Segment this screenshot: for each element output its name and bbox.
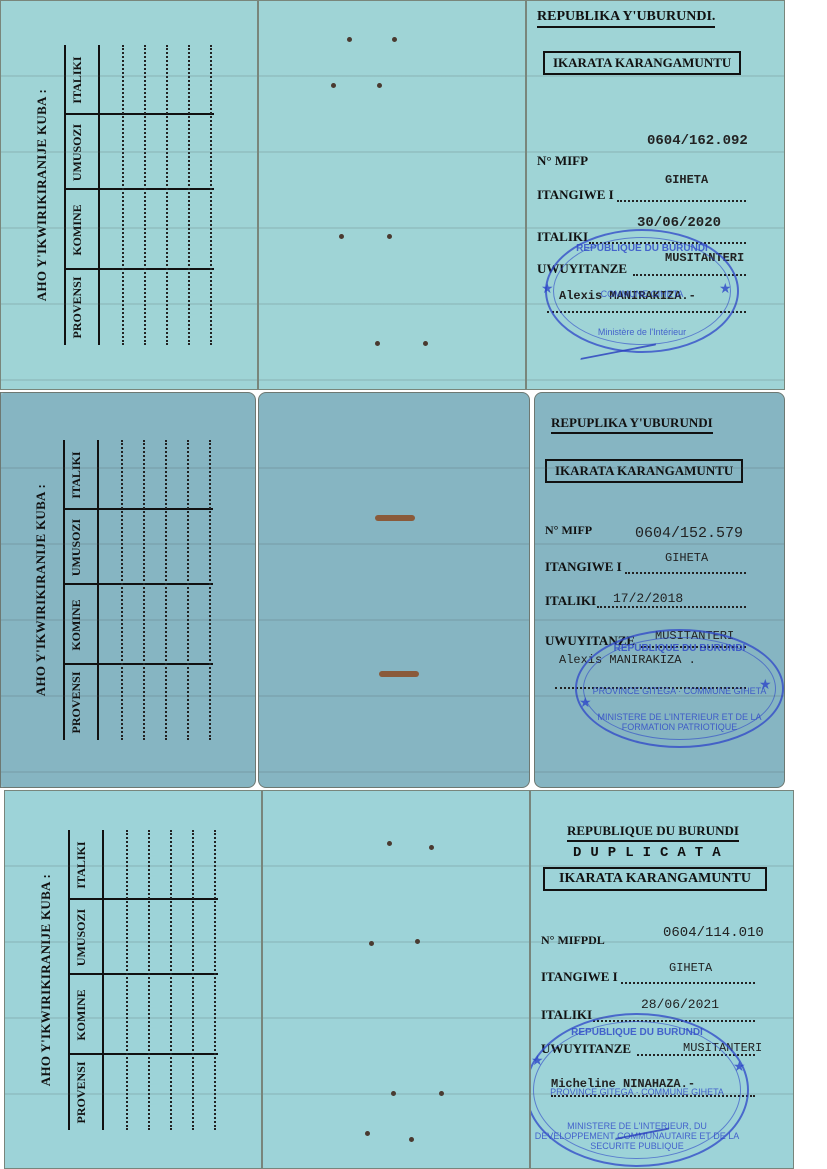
card-3-right-panel: REPUBLIQUE DU BURUNDI DUPLICATA IKARATA … [530, 790, 794, 1169]
issuer-name: Micheline NINAHAZA.- [551, 1077, 695, 1091]
column-italiki: ITALIKI [70, 45, 96, 115]
column-komine: KOMINE [69, 585, 95, 665]
issued-at-value: GIHETA [665, 551, 708, 565]
column-provensi: PROVENSI [70, 270, 96, 345]
column-komine: KOMINE [74, 975, 100, 1055]
id-card-2: AHO Y'IKWIRIKIRANIJE KUBA : PROVENSI KOM… [0, 392, 785, 788]
issuer-name: Alexis MANIRAKIZA.- [559, 289, 696, 303]
staple-slot [379, 671, 419, 677]
date-label: ITALIKI [537, 229, 588, 244]
column-umusozi: UMUSOZI [69, 510, 95, 585]
column-italiki: ITALIKI [69, 440, 95, 510]
residence-table-title: AHO Y'IKWIRIKIRANIJE KUBA : [38, 820, 54, 1140]
stamp-star-icon: ★ [733, 1059, 746, 1076]
number-label: N° MIFP [537, 153, 588, 168]
column-umusozi: UMUSOZI [70, 115, 96, 190]
column-provensi: PROVENSI [69, 665, 95, 740]
date-value: 30/06/2020 [637, 215, 721, 231]
card-title: IKARATA KARANGAMUNTU [543, 867, 767, 891]
issued-at-label: ITANGIWE I [537, 187, 614, 202]
signature [580, 314, 663, 360]
issuer-label: UWUYITANZE [541, 1041, 631, 1056]
card-1-middle-panel [258, 0, 526, 390]
duplicate-mark: DUPLICATA [573, 845, 730, 861]
card-2-right-panel: REPUPLIKA Y'UBURUNDI IKARATA KARANGAMUNT… [534, 392, 785, 788]
number-label: N° MIFPDL [541, 933, 605, 947]
stamp-star-icon: ★ [719, 281, 732, 298]
card-title: IKARATA KARANGAMUNTU [545, 459, 743, 483]
column-provensi: PROVENSI [74, 1055, 100, 1130]
issued-at-field: ITANGIWE I [537, 187, 770, 203]
issued-at-field: ITANGIWE I [545, 559, 770, 575]
issued-at-field: ITANGIWE I [541, 969, 779, 985]
date-value: 28/06/2021 [641, 997, 719, 1012]
issuer-value: MUSITANTERI [665, 251, 744, 265]
issued-at-label: ITANGIWE I [545, 559, 622, 574]
residence-table: AHO Y'IKWIRIKIRANIJE KUBA : PROVENSI KOM… [33, 430, 223, 750]
number-value: 0604/162.092 [647, 133, 748, 149]
residence-table: AHO Y'IKWIRIKIRANIJE KUBA : PROVENSI KOM… [38, 820, 228, 1140]
stamp-star-icon: ★ [541, 281, 554, 298]
card-2-middle-panel [258, 392, 530, 788]
stamp-star-icon: ★ [759, 677, 772, 694]
residence-table-title: AHO Y'IKWIRIKIRANIJE KUBA : [34, 35, 50, 355]
number-value: 0604/152.579 [635, 525, 743, 542]
issuer-label: UWUYITANZE [537, 261, 627, 276]
republic-header: REPUPLIKA Y'UBURUNDI [551, 415, 713, 434]
date-label: ITALIKI [545, 593, 596, 608]
card-1-right-panel: REPUBLIKA Y'UBURUNDI. IKARATA KARANGAMUN… [526, 0, 785, 390]
card-3-middle-panel [262, 790, 530, 1169]
stamp-star-icon: ★ [531, 1053, 544, 1070]
id-card-3: AHO Y'IKWIRIKIRANIJE KUBA : PROVENSI KOM… [4, 790, 794, 1169]
staple-slot [375, 515, 415, 521]
republic-header: REPUBLIKA Y'UBURUNDI. [537, 9, 715, 28]
number-field: N° MIFP [537, 153, 770, 169]
issuer-value: MUSITANTERI [683, 1041, 762, 1055]
date-value: 17/2/2018 [613, 591, 683, 606]
signature [615, 1098, 677, 1140]
column-umusozi: UMUSOZI [74, 900, 100, 975]
date-field: ITALIKI [537, 229, 770, 245]
date-label: ITALIKI [541, 1007, 592, 1022]
residence-table-title: AHO Y'IKWIRIKIRANIJE KUBA : [33, 430, 49, 750]
issued-at-value: GIHETA [665, 173, 708, 187]
issuer-value: MUSITANTERI [655, 629, 734, 643]
card-title: IKARATA KARANGAMUNTU [543, 51, 741, 75]
column-komine: KOMINE [70, 190, 96, 270]
republic-header: REPUBLIQUE DU BURUNDI [567, 823, 739, 842]
issued-at-value: GIHETA [669, 961, 712, 975]
number-label: N° MIFP [545, 523, 592, 537]
card-1-left-panel: AHO Y'IKWIRIKIRANIJE KUBA : PROVENSI KOM… [0, 0, 258, 390]
residence-table: AHO Y'IKWIRIKIRANIJE KUBA : PROVENSI KOM… [34, 35, 224, 355]
id-card-1: AHO Y'IKWIRIKIRANIJE KUBA : PROVENSI KOM… [0, 0, 785, 390]
stamp-star-icon: ★ [579, 695, 592, 712]
issued-at-label: ITANGIWE I [541, 969, 618, 984]
card-3-left-panel: AHO Y'IKWIRIKIRANIJE KUBA : PROVENSI KOM… [4, 790, 262, 1169]
issuer-label: UWUYITANZE [545, 633, 635, 648]
number-value: 0604/114.010 [663, 925, 764, 941]
issuer-name: Alexis MANIRAKIZA . [559, 653, 696, 667]
card-2-left-panel: AHO Y'IKWIRIKIRANIJE KUBA : PROVENSI KOM… [0, 392, 256, 788]
column-italiki: ITALIKI [74, 830, 100, 900]
